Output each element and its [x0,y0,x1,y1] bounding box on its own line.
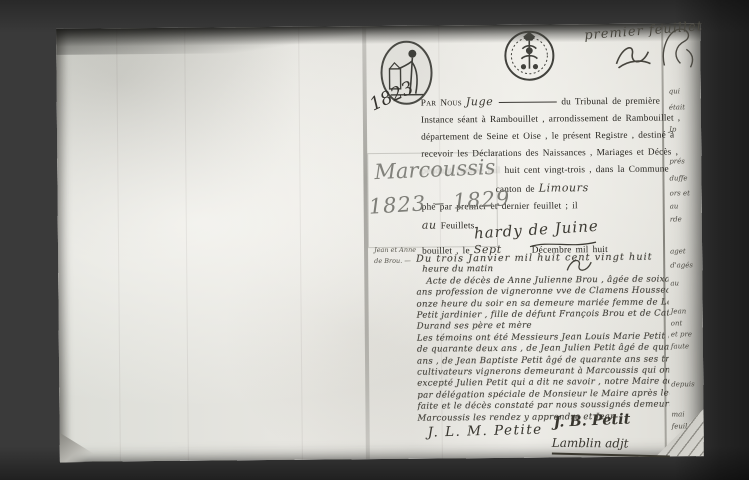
edge-fragment: mai [671,410,684,418]
edge-fragment: ont [671,319,683,327]
edge-fragment: feuil [672,422,688,430]
edge-fragment: au [670,202,679,210]
microfilm-scan: premier feuillet 1823 Par Nous Jugedu Tr… [0,0,749,480]
blank-rule [498,100,556,103]
edge-fragment: depuis [671,380,695,388]
edge-fragment: Jp [669,125,676,133]
signature-lamblin-adjoint: Lamblin adjt [552,436,629,451]
printed-line2: Instance séant à Rambouillet , arrondiss… [421,110,669,129]
register-page-spread: premier feuillet 1823 Par Nous Jugedu Tr… [56,23,704,462]
edge-fragment: aget [670,247,686,255]
act-line: faite et le décès constaté par nous sous… [417,400,669,414]
signature-jlm-petite: J. L. M. Petite [427,422,542,441]
scratch-line [184,28,189,461]
hand-juge: Juge [466,95,494,108]
signature-jb-petit: J. B. Petit [553,410,630,430]
printed-par-nous: Par Nous [421,98,462,108]
margin-note: Jean et Anne de Brou. — [374,245,416,267]
edge-fragment: faute [671,342,689,350]
edge-fragment: d'agés [670,261,693,269]
hand-limours: Limours [539,181,589,194]
signature-underline [552,452,670,457]
next-page-edge-strip: qui était Jp prés duffe ors et au rde ag… [663,23,704,456]
scratch-line [116,28,121,461]
printed-line3: département de Seine et Oise , le présen… [421,127,669,146]
scratch-line [298,27,303,460]
signature-underline-flourish-icon [528,238,598,251]
margin-note-line1: Jean et Anne [374,245,416,256]
edge-fragment: duffe [669,174,687,182]
printed-line5: huit cent vingt-trois , dans la Commune [505,164,669,175]
edge-fragment: prés [669,157,685,165]
edge-fragment: Jean [671,307,687,315]
margin-note-line2: de Brou. — [374,256,416,267]
date-paraph-flourish-icon [563,256,593,276]
edge-fragment: au [670,279,679,287]
edge-fragment: rde [670,215,682,223]
death-act-text: Du trois Janvier mil huit cent vingt hui… [416,251,669,424]
edge-fragment: et pre [671,330,692,338]
bottom-left-corner-fold [60,432,108,462]
edge-fragment: ors et [670,189,690,197]
edge-fragment: qui [669,87,680,95]
round-seal-icon [502,28,556,82]
printed-line1-suffix: du Tribunal de première [561,97,660,108]
top-edge-shadow-left [56,26,396,55]
paraph-flourish-icon [612,42,654,70]
edge-fragment: était [669,103,685,111]
act-line: Marcoussis les rendez y apprendre et Jea… [417,411,669,425]
